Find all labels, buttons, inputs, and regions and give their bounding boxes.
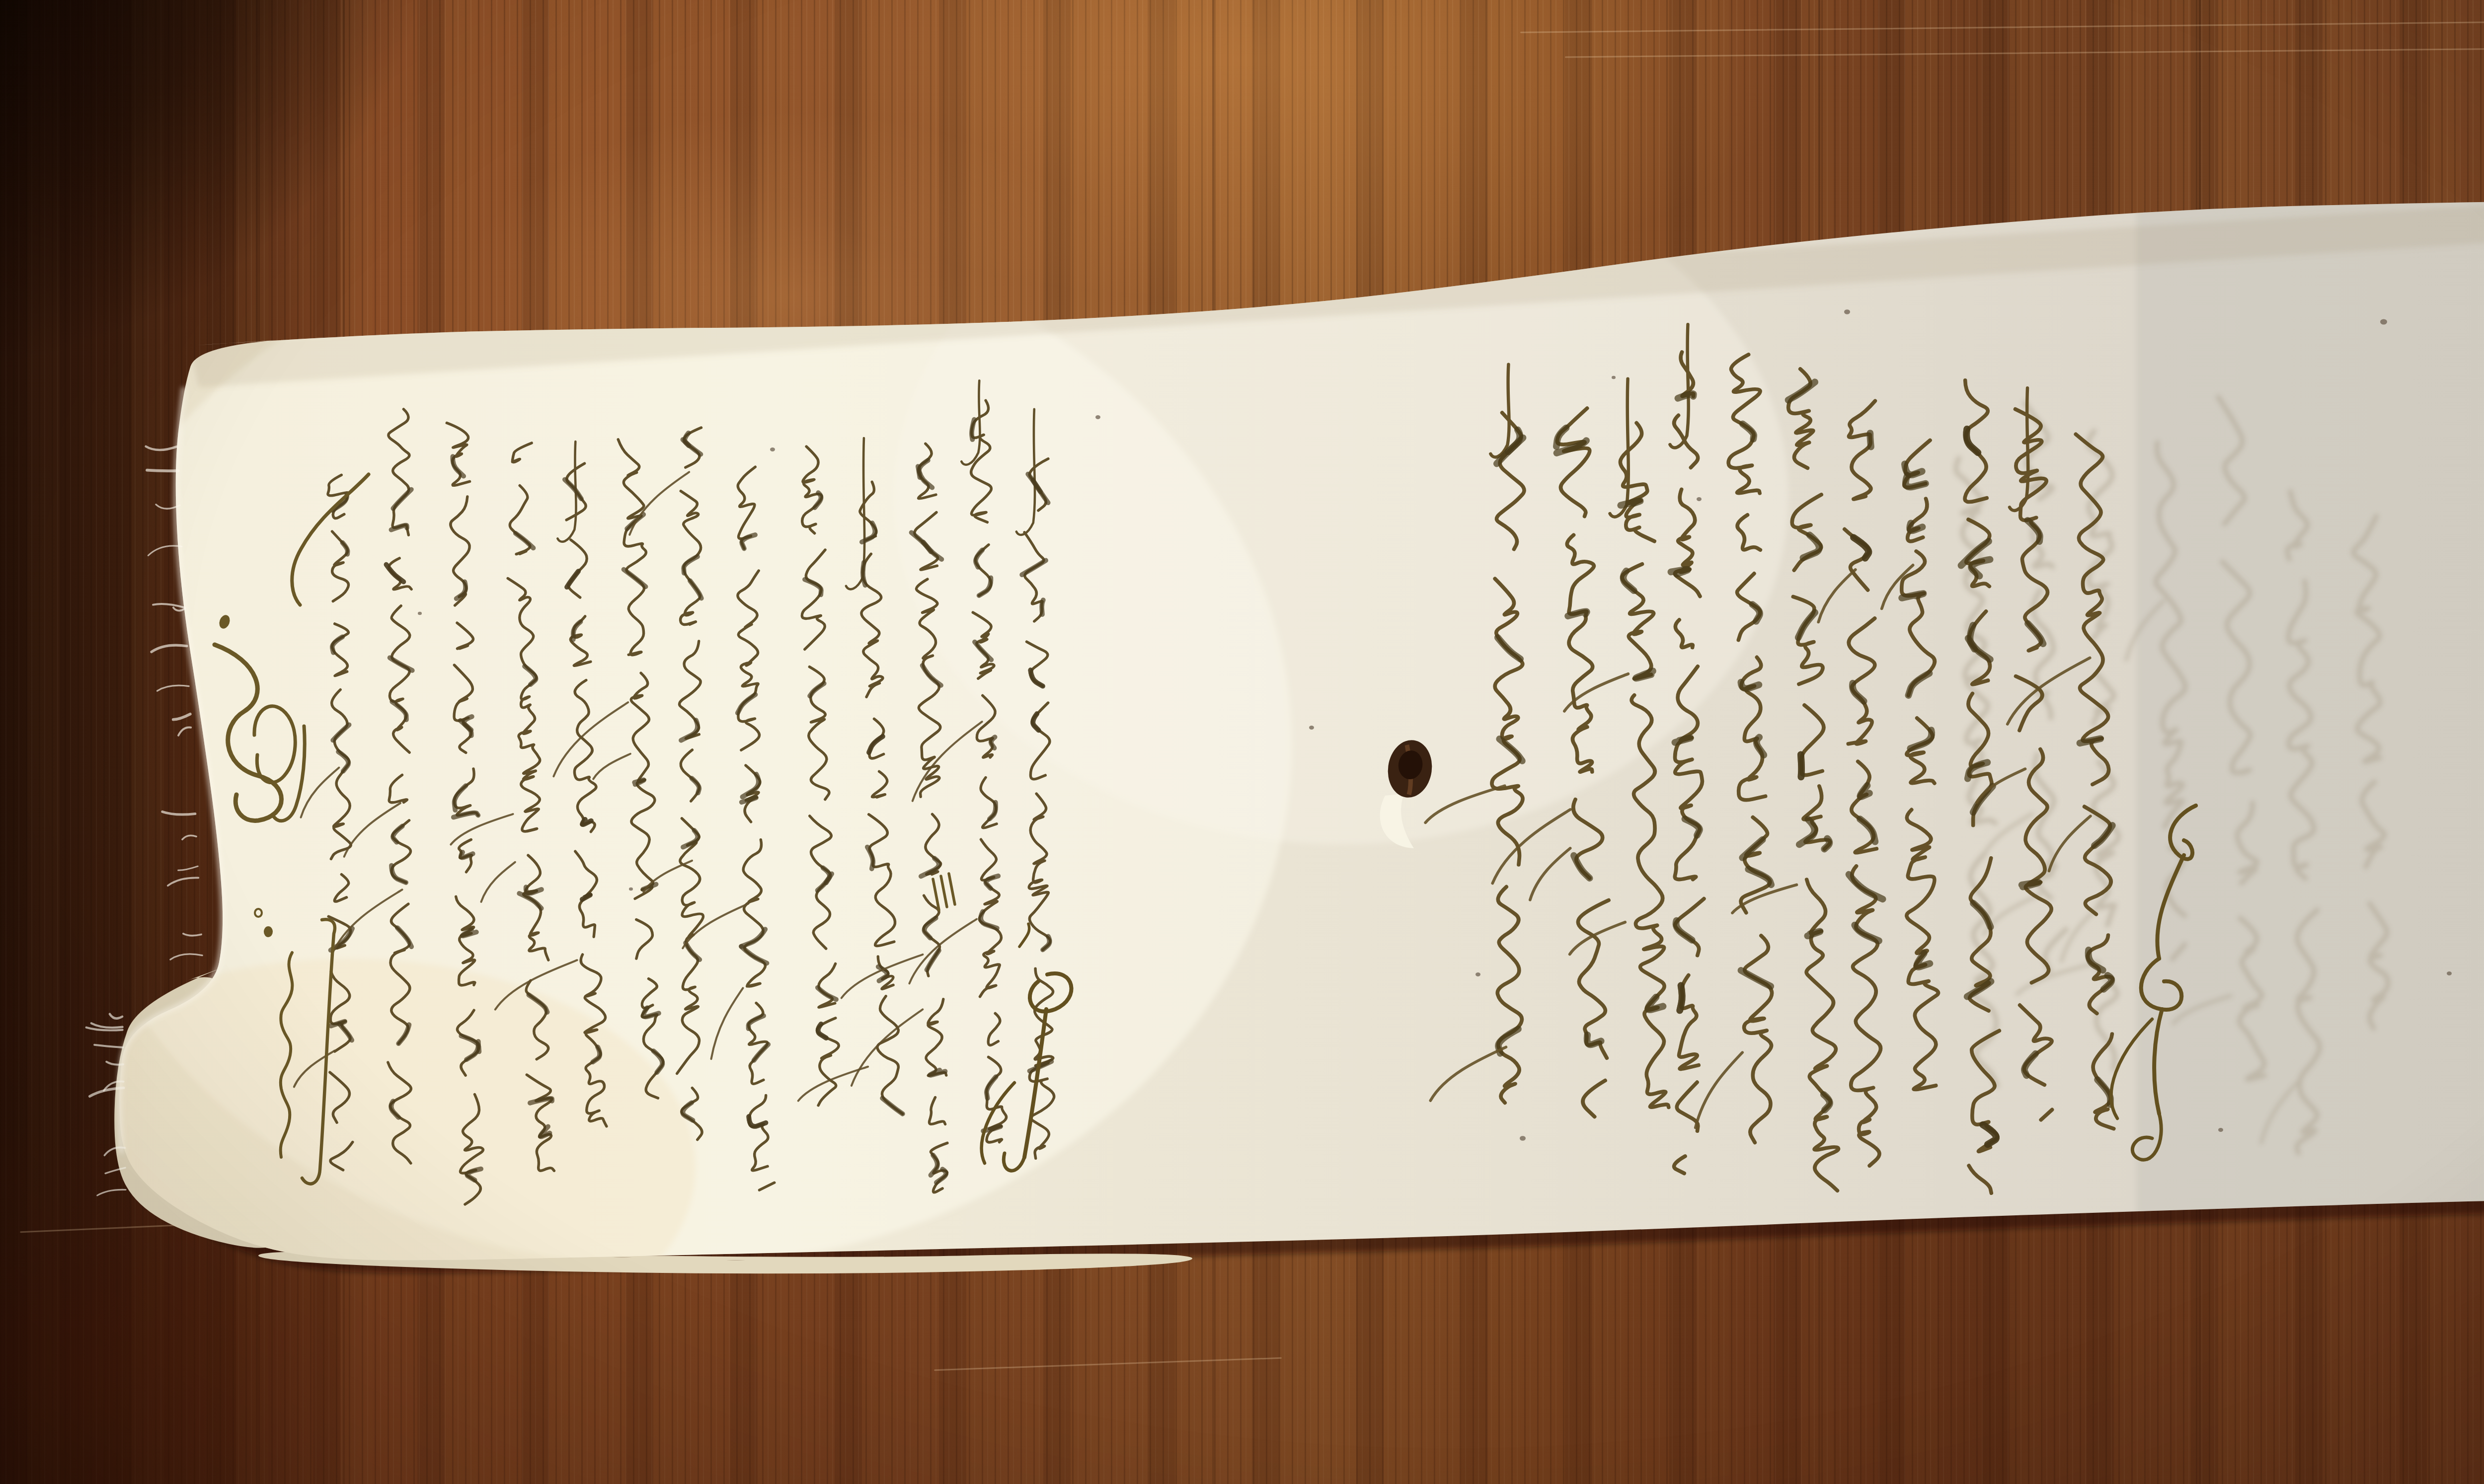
- photo-stage: [0, 0, 2484, 1484]
- foxing-speck: [629, 888, 633, 890]
- foxing-speck: [1697, 497, 1702, 501]
- foxing-speck: [1475, 972, 1480, 976]
- foxing-speck: [2380, 319, 2387, 324]
- foxing-speck: [770, 447, 775, 451]
- foxing-speck: [1309, 726, 1314, 730]
- foxing-speck: [2447, 971, 2452, 975]
- foxing-speck: [2218, 1128, 2223, 1132]
- foxing-speck: [1844, 309, 1850, 314]
- foxing-speck: [1612, 376, 1616, 379]
- foxing-speck: [1520, 1136, 1526, 1141]
- foxing-speck: [418, 612, 422, 615]
- foxing-speck: [1095, 415, 1100, 419]
- manuscript-photo: [0, 0, 2484, 1484]
